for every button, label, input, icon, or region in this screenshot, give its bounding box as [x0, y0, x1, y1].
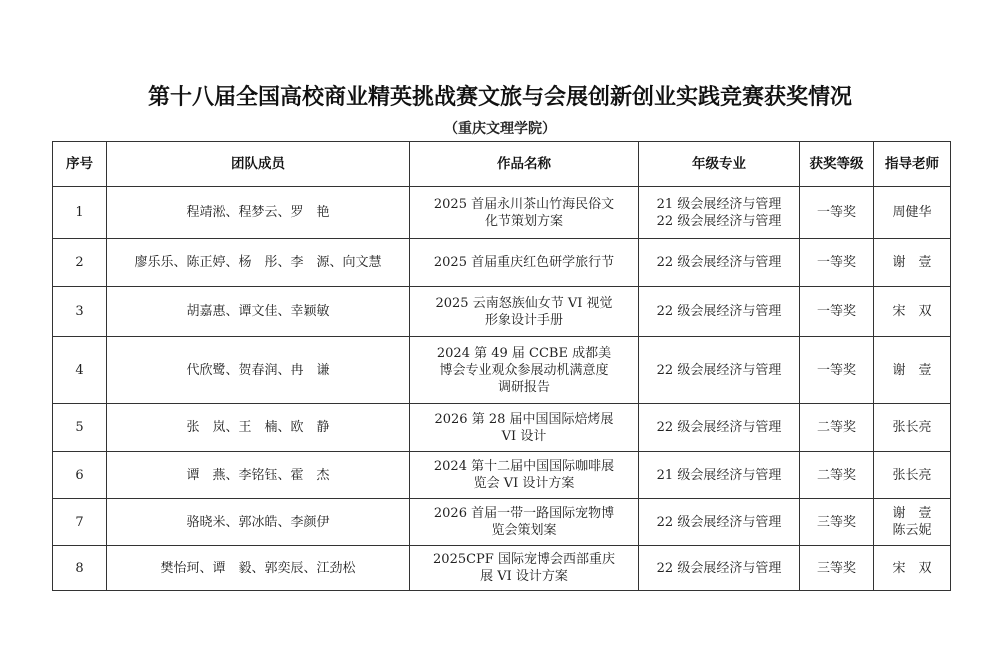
cell-advisor: 宋 双: [874, 546, 951, 591]
cell-team: 张 岚、王 楠、欧 静: [107, 404, 410, 452]
cell-work: 2025 云南怒族仙女节 VI 视觉 形象设计手册: [410, 287, 639, 337]
table-row: 7 骆晓米、郭冰皓、李颜伊 2026 首届一带一路国际宠物博 览会策划案 22 …: [53, 499, 951, 546]
table-row: 5 张 岚、王 楠、欧 静 2026 第 28 届中国国际焙烤展 VI 设计 2…: [53, 404, 951, 452]
cell-team: 樊怡珂、谭 毅、郭奕辰、江劲松: [107, 546, 410, 591]
cell-grade: 21 级会展经济与管理: [639, 452, 800, 499]
cell-grade: 22 级会展经济与管理: [639, 499, 800, 546]
table-row: 8 樊怡珂、谭 毅、郭奕辰、江劲松 2025CPF 国际宠博会西部重庆 展 VI…: [53, 546, 951, 591]
cell-index: 7: [53, 499, 107, 546]
column-header-award: 获奖等级: [800, 142, 874, 187]
cell-index: 2: [53, 239, 107, 287]
cell-award: 三等奖: [800, 499, 874, 546]
cell-advisor: 宋 双: [874, 287, 951, 337]
awards-table: 序号 团队成员 作品名称 年级专业 获奖等级 指导老师 1 程靖淞、程梦云、罗 …: [52, 141, 951, 591]
cell-team: 代欣鹭、贺春润、冉 谦: [107, 337, 410, 404]
cell-award: 一等奖: [800, 187, 874, 239]
cell-index: 1: [53, 187, 107, 239]
cell-grade: 22 级会展经济与管理: [639, 239, 800, 287]
cell-team: 程靖淞、程梦云、罗 艳: [107, 187, 410, 239]
cell-award: 二等奖: [800, 452, 874, 499]
cell-team: 胡嘉惠、谭文佳、幸颖敏: [107, 287, 410, 337]
cell-grade: 22 级会展经济与管理: [639, 337, 800, 404]
cell-index: 8: [53, 546, 107, 591]
cell-index: 5: [53, 404, 107, 452]
table-row: 2 廖乐乐、陈正婷、杨 彤、李 源、向文慧 2025 首届重庆红色研学旅行节 2…: [53, 239, 951, 287]
cell-grade: 22 级会展经济与管理: [639, 287, 800, 337]
cell-award: 二等奖: [800, 404, 874, 452]
cell-grade: 22 级会展经济与管理: [639, 404, 800, 452]
cell-team: 廖乐乐、陈正婷、杨 彤、李 源、向文慧: [107, 239, 410, 287]
cell-work: 2025 首届重庆红色研学旅行节: [410, 239, 639, 287]
table-row: 1 程靖淞、程梦云、罗 艳 2025 首届永川茶山竹海民俗文 化节策划方案 21…: [53, 187, 951, 239]
cell-advisor: 张长亮: [874, 452, 951, 499]
cell-grade: 22 级会展经济与管理: [639, 546, 800, 591]
cell-advisor: 谢 壹: [874, 337, 951, 404]
cell-grade: 21 级会展经济与管理 22 级会展经济与管理: [639, 187, 800, 239]
cell-team: 谭 燕、李铭钰、霍 杰: [107, 452, 410, 499]
table-row: 3 胡嘉惠、谭文佳、幸颖敏 2025 云南怒族仙女节 VI 视觉 形象设计手册 …: [53, 287, 951, 337]
cell-work: 2024 第 49 届 CCBE 成都美 博会专业观众参展动机满意度 调研报告: [410, 337, 639, 404]
cell-work: 2025CPF 国际宠博会西部重庆 展 VI 设计方案: [410, 546, 639, 591]
page-subtitle: （重庆文理学院）: [0, 118, 1000, 138]
cell-award: 一等奖: [800, 287, 874, 337]
table-header-row: 序号 团队成员 作品名称 年级专业 获奖等级 指导老师: [53, 142, 951, 187]
cell-work: 2026 首届一带一路国际宠物博 览会策划案: [410, 499, 639, 546]
column-header-work: 作品名称: [410, 142, 639, 187]
cell-index: 4: [53, 337, 107, 404]
column-header-index: 序号: [53, 142, 107, 187]
column-header-grade: 年级专业: [639, 142, 800, 187]
cell-work: 2024 第十二届中国国际咖啡展 览会 VI 设计方案: [410, 452, 639, 499]
cell-advisor: 周健华: [874, 187, 951, 239]
cell-work: 2025 首届永川茶山竹海民俗文 化节策划方案: [410, 187, 639, 239]
cell-advisor: 张长亮: [874, 404, 951, 452]
table-row: 4 代欣鹭、贺春润、冉 谦 2024 第 49 届 CCBE 成都美 博会专业观…: [53, 337, 951, 404]
cell-team: 骆晓米、郭冰皓、李颜伊: [107, 499, 410, 546]
cell-advisor: 谢 壹 陈云妮: [874, 499, 951, 546]
cell-award: 三等奖: [800, 546, 874, 591]
cell-advisor: 谢 壹: [874, 239, 951, 287]
table-row: 6 谭 燕、李铭钰、霍 杰 2024 第十二届中国国际咖啡展 览会 VI 设计方…: [53, 452, 951, 499]
column-header-team: 团队成员: [107, 142, 410, 187]
cell-work: 2026 第 28 届中国国际焙烤展 VI 设计: [410, 404, 639, 452]
cell-award: 一等奖: [800, 337, 874, 404]
cell-index: 3: [53, 287, 107, 337]
page-title: 第十八届全国高校商业精英挑战赛文旅与会展创新创业实践竞赛获奖情况: [0, 80, 1000, 111]
cell-award: 一等奖: [800, 239, 874, 287]
cell-index: 6: [53, 452, 107, 499]
column-header-advisor: 指导老师: [874, 142, 951, 187]
